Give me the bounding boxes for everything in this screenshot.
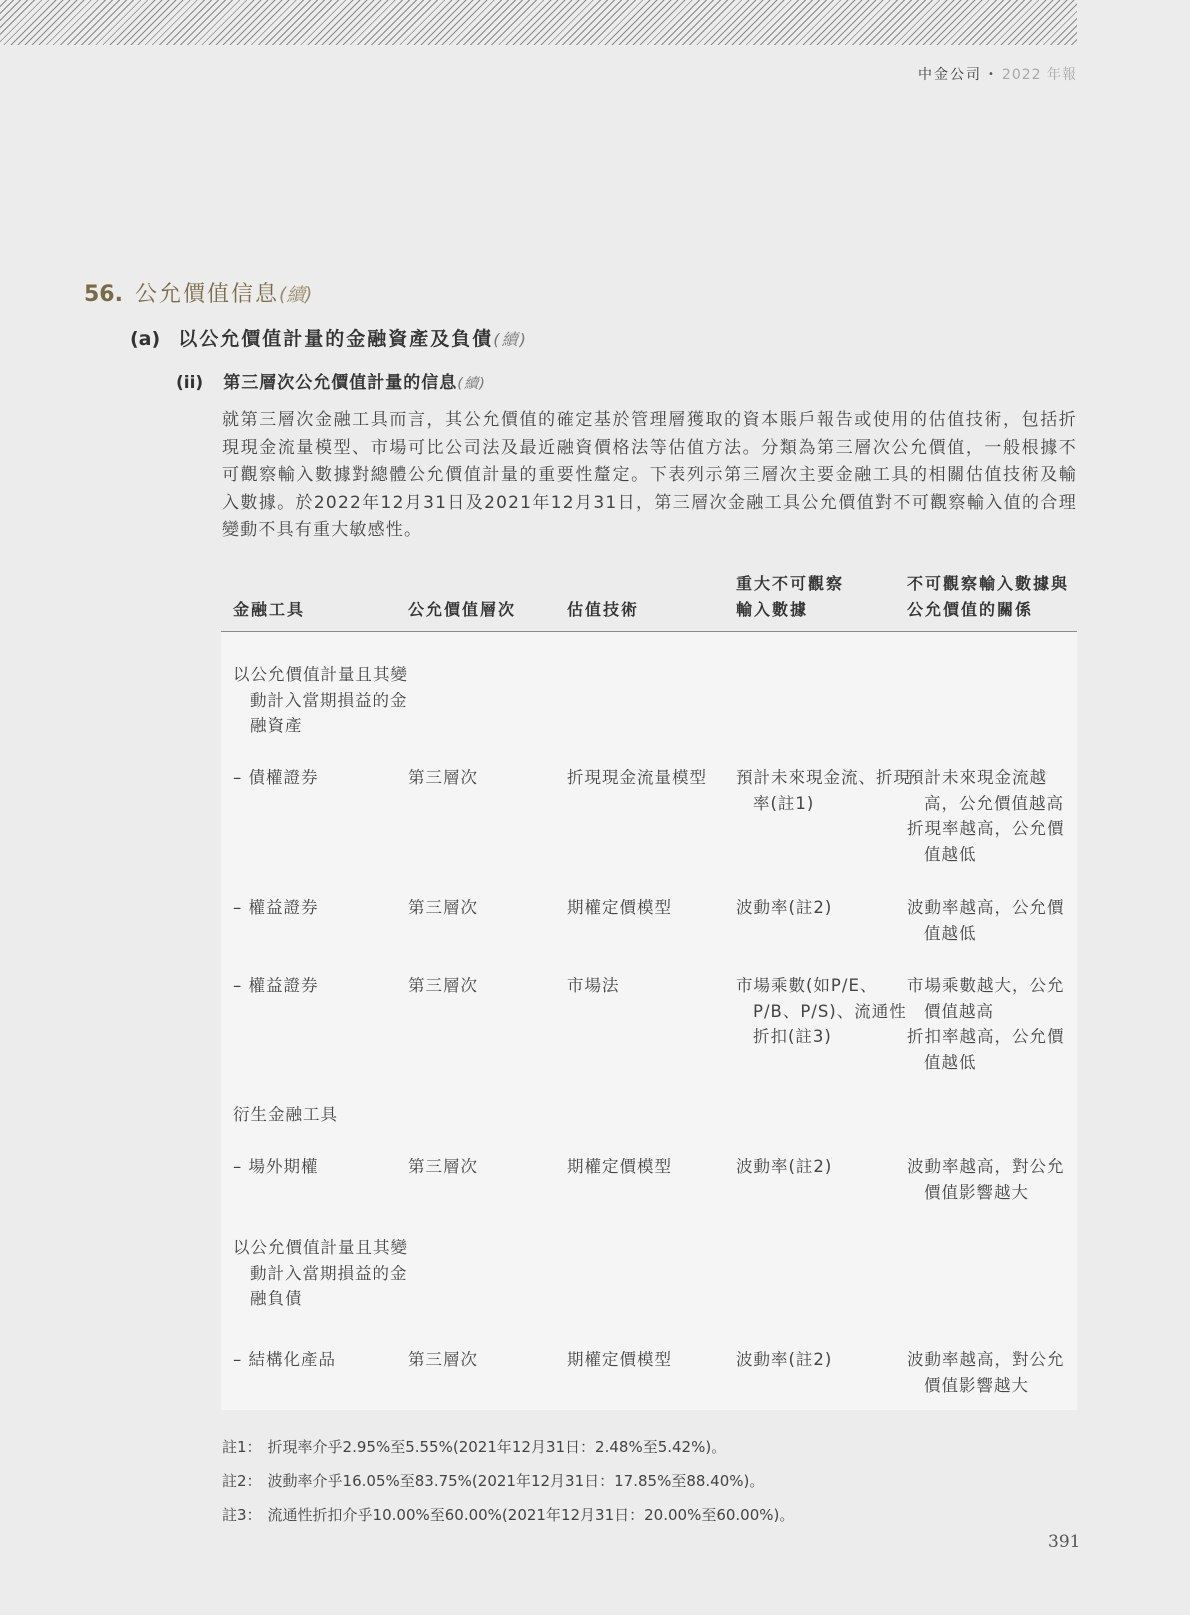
- row-instrument: – 債權證券: [233, 765, 415, 791]
- page-number: 391: [1048, 1532, 1080, 1552]
- header-unobservable-inputs: 重大不可觀察 輸入數據: [736, 571, 844, 623]
- row-instrument: – 權益證券: [233, 895, 415, 921]
- header-relationship: 不可觀察輸入數據與 公允價值的關係: [907, 571, 1069, 623]
- row-inputs: 波動率(註2): [736, 895, 913, 921]
- relation-line-a: 波動率越高，對公允價值影響越大: [907, 1347, 1075, 1398]
- footnote-text: 流通性折扣介乎10.00%至60.00%(2021年12月31日：20.00%至…: [268, 1506, 795, 1524]
- subsection-heading: (a)以公允價值計量的金融資產及負債(續): [130, 324, 528, 351]
- continued-marker: (續): [493, 330, 528, 349]
- header-inputs-line1: 重大不可觀察: [736, 571, 844, 597]
- section-heading: 56.公允價值信息(續): [84, 277, 312, 308]
- relation-line-a: 預計未來現金流越高，公允價值越高: [907, 765, 1075, 816]
- row-inputs: 預計未來現金流、折現率(註1): [736, 765, 913, 816]
- row-technique: 期權定價模型: [567, 1154, 672, 1180]
- footnote-1: 註1：折現率介乎2.95%至5.55%(2021年12月31日：2.48%至5.…: [222, 1430, 794, 1464]
- footnote-text: 波動率介乎16.05%至83.75%(2021年12月31日：17.85%至88…: [268, 1472, 765, 1490]
- row-inputs: 波動率(註2): [736, 1154, 913, 1180]
- valuation-table-body: 以公允價值計量且其變動計入當期損益的金融資產 – 債權證券 第三層次 折現現金流…: [221, 632, 1077, 1410]
- report-year-label: 2022 年報: [1002, 67, 1077, 83]
- group-label-derivatives: 衍生金融工具: [233, 1102, 415, 1128]
- subsection-number: (a): [130, 328, 160, 350]
- row-technique: 市場法: [567, 973, 620, 999]
- header-relation-line2: 公允價值的關係: [907, 597, 1069, 623]
- subsubsection-number: (ii): [176, 373, 203, 393]
- row-instrument: – 權益證券: [233, 973, 415, 999]
- table-header-row: 金融工具 公允價值層次 估值技術 重大不可觀察 輸入數據 不可觀察輸入數據與 公…: [221, 573, 1077, 632]
- header-relation-line1: 不可觀察輸入數據與: [907, 571, 1069, 597]
- row-level: 第三層次: [408, 765, 478, 791]
- row-level: 第三層次: [408, 1347, 478, 1373]
- section-title: 公允價值信息: [135, 282, 279, 307]
- row-relationship: 波動率越高，對公允價值影響越大: [907, 1154, 1075, 1205]
- group-label-fvtpl-assets: 以公允價值計量且其變動計入當期損益的金融資產: [233, 662, 415, 739]
- continued-marker: (續): [457, 376, 486, 392]
- bullet-separator-icon: •: [988, 69, 996, 80]
- row-relationship: 預計未來現金流越高，公允價值越高 折現率越高，公允價值越低: [907, 765, 1075, 867]
- subsubsection-heading: (ii)第三層次公允價值計量的信息(續): [176, 368, 486, 393]
- row-relationship: 波動率越高，對公允價值影響越大: [907, 1347, 1075, 1398]
- section-number: 56.: [84, 282, 123, 307]
- subsection-title: 以公允價值計量的金融資產及負債: [178, 328, 493, 350]
- header-fair-value-level: 公允價值層次: [408, 597, 516, 623]
- footnote-label: 註3：: [222, 1506, 262, 1524]
- row-technique: 折現現金流量模型: [567, 765, 707, 791]
- footnote-3: 註3：流通性折扣介乎10.00%至60.00%(2021年12月31日：20.0…: [222, 1498, 794, 1532]
- row-inputs: 市場乘數(如P/E、P/B、P/S)、流通性折扣(註3): [736, 973, 913, 1050]
- footnote-2: 註2：波動率介乎16.05%至83.75%(2021年12月31日：17.85%…: [222, 1464, 794, 1498]
- relation-line-a: 市場乘數越大，公允價值越高: [907, 973, 1075, 1024]
- header-instrument: 金融工具: [233, 597, 305, 623]
- footnote-label: 註2：: [222, 1472, 262, 1490]
- row-level: 第三層次: [408, 1154, 478, 1180]
- row-level: 第三層次: [408, 895, 478, 921]
- row-relationship: 市場乘數越大，公允價值越高 折扣率越高，公允價值越低: [907, 973, 1075, 1075]
- row-technique: 期權定價模型: [567, 1347, 672, 1373]
- relation-line-a: 波動率越高，公允價值越低: [907, 895, 1075, 946]
- row-instrument: – 結構化產品: [233, 1347, 415, 1373]
- relation-line-b: 折現率越高，公允價值越低: [907, 816, 1075, 867]
- subsubsection-title: 第三層次公允價值計量的信息: [223, 373, 457, 393]
- row-instrument: – 場外期權: [233, 1154, 415, 1180]
- intro-paragraph: 就第三層次金融工具而言，其公允價值的確定基於管理層獲取的資本賬戶報告或使用的估值…: [222, 407, 1077, 545]
- group-label-fvtpl-liabilities: 以公允價值計量且其變動計入當期損益的金融負債: [233, 1235, 415, 1312]
- row-level: 第三層次: [408, 973, 478, 999]
- footnote-text: 折現率介乎2.95%至5.55%(2021年12月31日：2.48%至5.42%…: [268, 1438, 727, 1456]
- decorative-hatch-band: [0, 0, 1077, 45]
- header-valuation-technique: 估值技術: [567, 597, 639, 623]
- running-header: 中金公司•2022 年報: [918, 64, 1077, 84]
- relation-line-a: 波動率越高，對公允價值影響越大: [907, 1154, 1075, 1205]
- footnote-label: 註1：: [222, 1438, 262, 1456]
- footnotes: 註1：折現率介乎2.95%至5.55%(2021年12月31日：2.48%至5.…: [222, 1430, 794, 1532]
- continued-marker: (續): [279, 285, 312, 306]
- row-relationship: 波動率越高，公允價值越低: [907, 895, 1075, 946]
- header-inputs-line2: 輸入數據: [736, 597, 844, 623]
- company-name: 中金公司: [918, 67, 982, 83]
- row-inputs: 波動率(註2): [736, 1347, 913, 1373]
- row-technique: 期權定價模型: [567, 895, 672, 921]
- relation-line-b: 折扣率越高，公允價值越低: [907, 1024, 1075, 1075]
